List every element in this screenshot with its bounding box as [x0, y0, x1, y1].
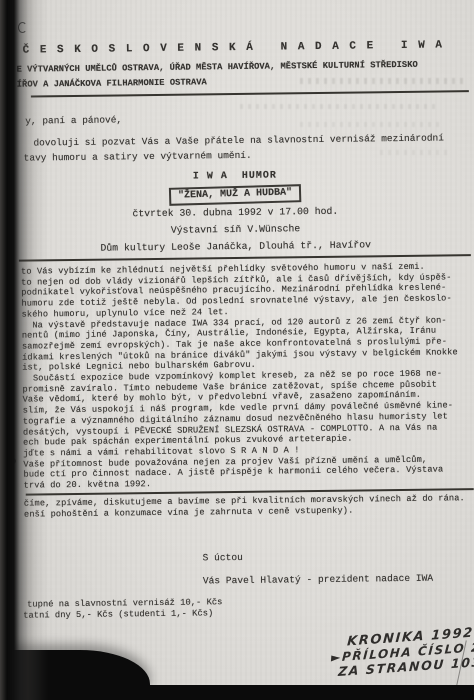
event-venue-hall: Výstavní síň V.Wünsche — [0, 221, 473, 238]
intro-line-1: dovoluji si pozvat Vás a Vaše přátele na… — [33, 132, 444, 148]
foundation-title: Č E S K O S L O V E N S K Á N A D A C E … — [0, 39, 470, 57]
scan-bottom-edge — [0, 685, 474, 700]
event-series: I W A HUMOR — [0, 168, 472, 185]
salutation: y, paní a pánové, — [25, 114, 122, 126]
closing-salute: S úctou — [202, 552, 242, 563]
closing-signature: Vás Pavel Hlavatý - prezident nadace IWA — [203, 573, 433, 587]
scan-speck — [10, 458, 16, 464]
page-content: Č E S K O S L O V E N S K Á N A D A C E … — [0, 0, 474, 700]
event-title: "ŽENA, MUŽ A HUDBA" — [169, 184, 301, 206]
event-datetime: čtvrtek 30. dubna 1992 v 17.00 hod. — [0, 204, 472, 221]
header-divider — [31, 90, 469, 97]
intro-line-2: tavy humoru a satiry ve výtvarném umění. — [24, 150, 252, 164]
body-divider — [19, 254, 471, 262]
event-venue-address: Dům kultury Leoše Janáčka, Dlouhá tř., H… — [0, 238, 473, 255]
organizers-line-1: E VÝTVARNÝCH UMĚLCŮ OSTRAVA, ÚŘAD MĚSTA … — [16, 60, 417, 75]
scanned-invitation-page: Č E S K O S L O V E N S K Á N A D A C E … — [0, 0, 474, 700]
scan-speck — [18, 22, 27, 33]
organizers-line-2: ÍŘOV A JANÁČKOVA FILHARMONIE OSTRAVA — [17, 77, 207, 89]
price-line-2: tatní dny 5,- Kčs (studenti 1,- Kčs) — [23, 608, 213, 620]
